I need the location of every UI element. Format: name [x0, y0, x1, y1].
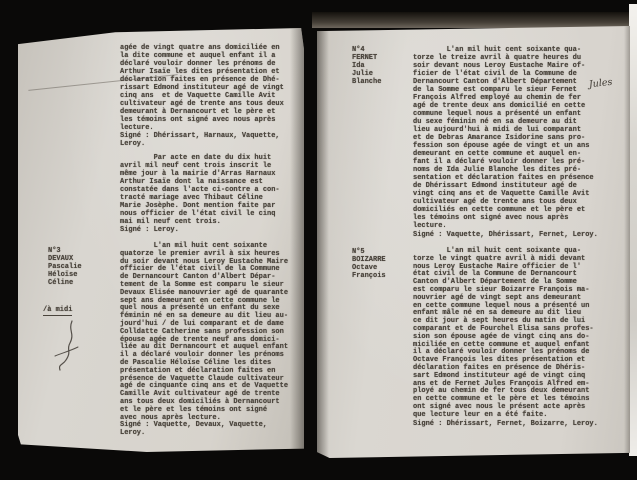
- scanned-register-spread: agée de vingt quatre ans domiciliée en l…: [0, 0, 637, 480]
- right-page-gutter-shadow: [317, 26, 329, 458]
- left-page: agée de vingt quatre ans domiciliée en l…: [18, 28, 304, 452]
- handwritten-name-annotation: Jules: [589, 79, 613, 89]
- margin-act-number-4: N°4: [352, 46, 365, 54]
- act4-signature-line: Signé : Vaquette, Dhérissart, Fernet, Le…: [413, 231, 635, 239]
- marriage-mention-text: Par acte en date du dix huit avril mil n…: [120, 154, 316, 226]
- margin-child-name-act3: DEVAUX Pascalie Héloïse Céline: [48, 255, 82, 287]
- register-act4-text: L'an mil huit cent soixante qua- torze l…: [413, 46, 633, 230]
- margin-child-name-act5: BOIZARRE Octave François: [352, 256, 386, 280]
- act5-signature-line: Signé : Dhérissart, Fernet, Boizarre, Le…: [413, 420, 635, 428]
- margin-act-number-5: N°5: [352, 248, 365, 256]
- right-page: N°4 FERNET Ida Julie Blanche L'an mil hu…: [317, 26, 630, 458]
- register-act5-text: L'an mil huit cent soixante qua- torze l…: [413, 248, 635, 420]
- register-act3-text: L'an mil huit cent soixante quatorze le …: [120, 243, 320, 422]
- margin-child-name-act4: FERNET Ida Julie Blanche: [352, 54, 381, 86]
- act3-signature-line: Signé : Vaquette, Devaux, Vaquette, Lero…: [120, 422, 320, 438]
- act2-continuation-text: agée de vingt quatre ans domiciliée en l…: [120, 44, 316, 132]
- marriage-mention-signature: Signé : Leroy.: [120, 226, 316, 234]
- act2-signature-line: Signé : Dhérissart, Harnaux, Vaquette, L…: [120, 132, 316, 148]
- next-page-edge: [629, 4, 637, 456]
- handwritten-flourish-mark: [48, 318, 88, 376]
- book-top-edge-shadow: [312, 12, 632, 28]
- margin-act-number-3: N°3: [48, 247, 61, 255]
- margin-time-annotation: /à midi: [43, 306, 72, 316]
